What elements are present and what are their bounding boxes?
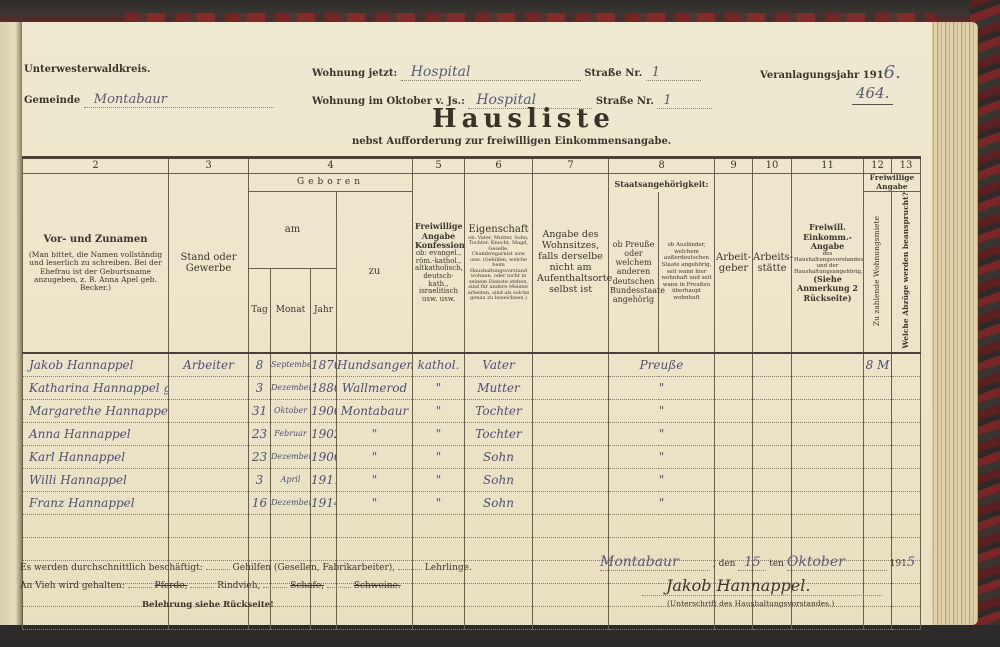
cell-jahr: 1911	[311, 468, 337, 491]
cell-konfession	[413, 583, 465, 606]
cell-name: Anna Hannappel	[23, 422, 169, 445]
abzuege-label: Welche Abzüge werden beansprucht?	[902, 192, 911, 349]
wohnung-jetzt-label: Wohnung jetzt:	[312, 68, 397, 79]
page-stack	[930, 22, 978, 625]
cell-empty	[753, 376, 792, 399]
cell-monat: Oktober	[271, 399, 311, 422]
cell-empty	[715, 399, 753, 422]
cell-name	[23, 537, 169, 560]
cell-empty	[753, 353, 792, 376]
cell-konfession: "	[413, 468, 465, 491]
cell-name: Margarethe Hannappel	[23, 399, 169, 422]
cell-stand	[169, 422, 249, 445]
einkommen-ref: (Siehe Anmerkung 2 Rückseite)	[794, 275, 861, 303]
cell-empty	[533, 583, 609, 606]
book-cover-top	[0, 0, 1000, 22]
gemeinde-field: Gemeinde Montabaur	[24, 92, 274, 108]
table-row	[23, 514, 921, 537]
einkommen-note: des Haushaltungsvorstandes und der Haush…	[794, 251, 861, 275]
col-stand-header: Stand oder Gewerbe	[169, 174, 249, 354]
col-jahr-header: Jahr	[311, 268, 337, 353]
veranlagungsjahr-digit: 6.	[884, 62, 901, 83]
cell-ort	[337, 514, 413, 537]
cell-empty	[792, 376, 864, 399]
cell-tag: 8	[249, 353, 271, 376]
cell-empty	[715, 353, 753, 376]
cell-empty	[533, 514, 609, 537]
cell-jahr	[311, 514, 337, 537]
veranlagungsjahr-label: Veranlagungsjahr 191	[760, 70, 884, 81]
cell-tag: 31	[249, 399, 271, 422]
cell-eigenschaft	[465, 606, 533, 629]
cell-empty	[533, 560, 609, 583]
cell-miete: 8 M	[864, 353, 892, 376]
cell-empty	[533, 353, 609, 376]
cell-stand	[169, 376, 249, 399]
col-num-9: 9	[715, 158, 753, 174]
cell-empty	[533, 376, 609, 399]
cell-monat: Dezember	[271, 376, 311, 399]
table-row: Karl Hannappel23Dezember1906""Sohn"	[23, 445, 921, 468]
konfession-note: ob: evangel., röm.-kathol., altkatholisc…	[415, 250, 462, 304]
cell-empty	[892, 445, 921, 468]
cell-staat: Preuße	[609, 353, 715, 376]
cell-empty	[533, 491, 609, 514]
col-num-2: 2	[23, 158, 169, 174]
cell-empty	[892, 353, 921, 376]
col-num-8: 8	[609, 158, 715, 174]
cell-empty	[792, 514, 864, 537]
cell-ort: "	[337, 491, 413, 514]
cell-stand	[169, 514, 249, 537]
date-den: , den	[713, 559, 736, 569]
cell-stand	[169, 399, 249, 422]
col-num-12: 12	[864, 158, 892, 174]
cell-monat	[271, 537, 311, 560]
cell-konfession: "	[413, 445, 465, 468]
table-row: Katharina Hannappel geb. Klein3Dezember1…	[23, 376, 921, 399]
signature: Jakob Hannappel.	[642, 576, 882, 596]
cell-empty	[892, 399, 921, 422]
cell-empty	[715, 376, 753, 399]
cell-monat	[271, 606, 311, 629]
cell-konfession	[413, 606, 465, 629]
cell-name: Jakob Hannappel	[23, 353, 169, 376]
col-num-6: 6	[465, 158, 533, 174]
rindvieh-label: Rindvieh,	[217, 581, 260, 591]
cell-konfession	[413, 514, 465, 537]
names-note: (Man bittet, die Namen vollständig und l…	[27, 251, 164, 292]
cell-miete	[864, 376, 892, 399]
cell-miete	[864, 491, 892, 514]
cell-ort: Montabaur	[337, 399, 413, 422]
cell-empty	[892, 606, 921, 629]
wohnung-jetzt-value: Hospital	[401, 64, 581, 81]
cell-empty	[533, 537, 609, 560]
col-arbeitsstaette-header: Arbeits-stätte	[753, 174, 792, 354]
cell-name: Katharina Hannappel geb. Klein	[23, 376, 169, 399]
veranlagungsjahr: Veranlagungsjahr 1916.	[760, 62, 901, 83]
col-staat-right: ob Ausländer, welchem außerdeutschen Sta…	[659, 192, 715, 353]
strasse-label-1: Straße Nr.	[584, 68, 642, 79]
col-num-13: 13	[892, 158, 921, 174]
cell-tag: 16	[249, 491, 271, 514]
cell-name: Franz Hannappel	[23, 491, 169, 514]
cell-staat: "	[609, 422, 715, 445]
cell-stand	[169, 537, 249, 560]
cell-eigenschaft	[465, 583, 533, 606]
cell-empty	[753, 422, 792, 445]
cell-eigenschaft: Sohn	[465, 445, 533, 468]
col-abzuege-header: Welche Abzüge werden beansprucht?	[892, 192, 921, 353]
date-year-prefix: 191	[890, 559, 907, 569]
col-num-11: 11	[792, 158, 864, 174]
cell-empty	[792, 445, 864, 468]
vieh-line: An Vieh wird gehalten: Pferde, Rindvieh,…	[20, 581, 401, 591]
cell-miete	[864, 445, 892, 468]
cell-ort: Wallmerod	[337, 376, 413, 399]
date-place: Montabaur	[600, 554, 710, 571]
cell-monat: Februar	[271, 422, 311, 445]
signature-caption: (Unterschrift des Haushaltungsvorstandes…	[667, 599, 834, 608]
cell-jahr: 1914	[311, 491, 337, 514]
col-eigenschaft-header: Eigenschaft ob: Vater, Mutter, Sohn, Toc…	[465, 174, 533, 354]
cell-ort	[337, 537, 413, 560]
cell-miete	[864, 399, 892, 422]
schweine-label: Schweine.	[354, 581, 401, 591]
col-staat-header: Staatsangehörigkeit:	[609, 174, 715, 192]
col-einkommen-header: Freiwill. Einkomm.-Angabe des Haushaltun…	[792, 174, 864, 354]
cell-jahr: 1900	[311, 399, 337, 422]
cell-eigenschaft: Tochter	[465, 422, 533, 445]
cell-konfession: "	[413, 491, 465, 514]
col-wohnsitz-header: Angabe des Wohnsitzes, falls derselbe ni…	[533, 174, 609, 354]
cell-eigenschaft: Mutter	[465, 376, 533, 399]
district-label: Unterwesterwaldkreis.	[24, 64, 150, 75]
cell-miete	[864, 468, 892, 491]
belehrung-note: Belehrung siehe Rückseite!	[142, 600, 274, 610]
cell-tag: 23	[249, 445, 271, 468]
pferde-label: Pferde,	[155, 581, 188, 591]
col-staat-left: ob Preuße oder welchem anderen deutschen…	[609, 192, 659, 353]
col-zu-header: zu	[337, 192, 413, 353]
eigenschaft-note: ob: Vater, Mutter, Sohn, Tochter, Knecht…	[467, 236, 530, 302]
cell-empty	[892, 468, 921, 491]
col-konfession-header: Freiwillige Angabe Konfession ob: evange…	[413, 174, 465, 354]
cell-name	[23, 514, 169, 537]
cell-tag	[249, 537, 271, 560]
cell-eigenschaft: Tochter	[465, 399, 533, 422]
cell-stand	[169, 491, 249, 514]
cell-empty	[753, 399, 792, 422]
col-names-header: Vor- und Zunamen (Man bittet, die Namen …	[23, 174, 169, 354]
cell-konfession: "	[413, 399, 465, 422]
cell-konfession	[413, 537, 465, 560]
gemeinde-label: Gemeinde	[24, 95, 80, 106]
col-tag-header: Tag	[249, 268, 271, 353]
cell-monat: Dezember	[271, 445, 311, 468]
cell-tag	[249, 514, 271, 537]
konfession-title: Freiwillige Angabe Konfession	[415, 222, 462, 250]
col-am-header: am	[249, 192, 337, 268]
cell-ort: "	[337, 422, 413, 445]
cell-staat: "	[609, 399, 715, 422]
vieh-label: An Vieh wird gehalten:	[20, 581, 125, 591]
cell-jahr	[311, 606, 337, 629]
col-num-4: 4	[249, 158, 413, 174]
cell-monat: April	[271, 468, 311, 491]
cell-stand	[169, 468, 249, 491]
table-row: Willi Hannappel3April1911""Sohn"	[23, 468, 921, 491]
hausliste-page: Unterwesterwaldkreis. Gemeinde Montabaur…	[22, 22, 932, 625]
cell-konfession: kathol.	[413, 353, 465, 376]
cell-empty	[533, 468, 609, 491]
cell-tag: 3	[249, 468, 271, 491]
cell-empty	[892, 514, 921, 537]
cell-monat: Dezember	[271, 491, 311, 514]
cell-empty	[753, 468, 792, 491]
date-day: 15	[738, 555, 766, 571]
cell-empty	[533, 422, 609, 445]
cell-stand	[169, 445, 249, 468]
cell-miete	[864, 514, 892, 537]
cell-staat	[609, 606, 715, 629]
cell-staat: "	[609, 376, 715, 399]
col-num-7: 7	[533, 158, 609, 174]
cell-monat: September	[271, 353, 311, 376]
cell-empty	[892, 376, 921, 399]
col-num-10: 10	[753, 158, 792, 174]
cell-empty	[792, 606, 864, 629]
cell-tag: 3	[249, 376, 271, 399]
cell-miete	[864, 422, 892, 445]
beschaeftigt-line: Es werden durchschnittlich beschäftigt: …	[20, 563, 472, 573]
cell-name: Karl Hannappel	[23, 445, 169, 468]
cell-monat	[271, 514, 311, 537]
cell-tag: 23	[249, 422, 271, 445]
cell-empty	[715, 514, 753, 537]
cell-empty	[792, 353, 864, 376]
col-arbeitgeber-header: Arbeit-geber	[715, 174, 753, 354]
date-month: Oktober	[787, 554, 887, 571]
cell-empty	[533, 606, 609, 629]
cell-eigenschaft: Sohn	[465, 491, 533, 514]
cell-ort	[337, 606, 413, 629]
lehrlinge-label: Lehrlinge.	[425, 563, 472, 573]
cell-name: Willi Hannappel	[23, 468, 169, 491]
cell-empty	[753, 491, 792, 514]
cell-empty	[792, 468, 864, 491]
cell-eigenschaft	[465, 560, 533, 583]
table-row: Franz Hannappel16Dezember1914""Sohn"	[23, 491, 921, 514]
table-row: Anna Hannappel23Februar1902""Tochter"	[23, 422, 921, 445]
cell-staat	[609, 514, 715, 537]
cell-staat: "	[609, 468, 715, 491]
cell-eigenschaft: Vater	[465, 353, 533, 376]
date-year-digit: 5	[907, 555, 915, 570]
strasse-nr-2: 1	[657, 93, 712, 109]
cell-ort: "	[337, 468, 413, 491]
col-miete-header: Zu zahlende Wohnungsmiete	[864, 192, 892, 353]
cell-eigenschaft	[465, 514, 533, 537]
cell-eigenschaft: Sohn	[465, 468, 533, 491]
date-line: Montabaur , den 15 ten Oktober 1915	[600, 554, 915, 571]
names-title: Vor- und Zunamen	[27, 234, 164, 246]
left-page-edge	[0, 22, 22, 625]
cell-ort: "	[337, 445, 413, 468]
cell-empty	[753, 606, 792, 629]
cell-empty	[715, 491, 753, 514]
cell-eigenschaft	[465, 537, 533, 560]
table-row: Margarethe Hannappel31Oktober1900Montaba…	[23, 399, 921, 422]
cell-jahr	[311, 537, 337, 560]
cell-miete	[864, 606, 892, 629]
gehilfen-label: Gehilfen (Gesellen, Fabrikarbeiter),	[233, 563, 396, 573]
col-geboren-header: Geboren	[249, 174, 413, 192]
cell-jahr: 1880	[311, 376, 337, 399]
cell-empty	[533, 399, 609, 422]
list-number: 464.	[852, 84, 893, 105]
cell-empty	[753, 514, 792, 537]
cell-konfession: "	[413, 422, 465, 445]
gemeinde-value: Montabaur	[84, 92, 274, 108]
beschaeftigt-label: Es werden durchschnittlich beschäftigt:	[20, 563, 203, 573]
cell-empty	[715, 422, 753, 445]
cell-jahr: 1902	[311, 422, 337, 445]
cell-staat: "	[609, 491, 715, 514]
cell-ort: Hundsangen	[337, 353, 413, 376]
page-subtitle: nebst Aufforderung zur freiwilligen Eink…	[352, 136, 671, 147]
schafe-label: Schafe,	[290, 581, 324, 591]
cell-empty	[892, 491, 921, 514]
page-title: Hausliste	[432, 104, 615, 134]
strasse-nr-1: 1	[646, 65, 701, 81]
cell-empty	[892, 422, 921, 445]
cell-staat: "	[609, 445, 715, 468]
cell-stand: Arbeiter	[169, 353, 249, 376]
cell-empty	[792, 399, 864, 422]
cell-konfession: "	[413, 376, 465, 399]
cell-jahr: 1870	[311, 353, 337, 376]
cell-empty	[892, 583, 921, 606]
cell-empty	[715, 445, 753, 468]
cell-empty	[533, 445, 609, 468]
cell-empty	[753, 445, 792, 468]
cell-empty	[715, 606, 753, 629]
wohnung-jetzt-field: Wohnung jetzt: Hospital Straße Nr. 1	[312, 64, 701, 81]
col-num-3: 3	[169, 158, 249, 174]
cell-empty	[792, 491, 864, 514]
date-ten: ten	[769, 559, 784, 569]
miete-label: Zu zahlende Wohnungsmiete	[873, 216, 882, 326]
table-row: Jakob HannappelArbeiter8September1870Hun…	[23, 353, 921, 376]
einkommen-title: Freiwill. Einkomm.-Angabe	[794, 223, 861, 251]
cell-empty	[792, 422, 864, 445]
cell-jahr: 1906	[311, 445, 337, 468]
cell-empty	[715, 468, 753, 491]
col-monat-header: Monat	[271, 268, 311, 353]
col-freiwillig-header: Freiwillige Angabe	[864, 174, 921, 192]
col-num-5: 5	[413, 158, 465, 174]
